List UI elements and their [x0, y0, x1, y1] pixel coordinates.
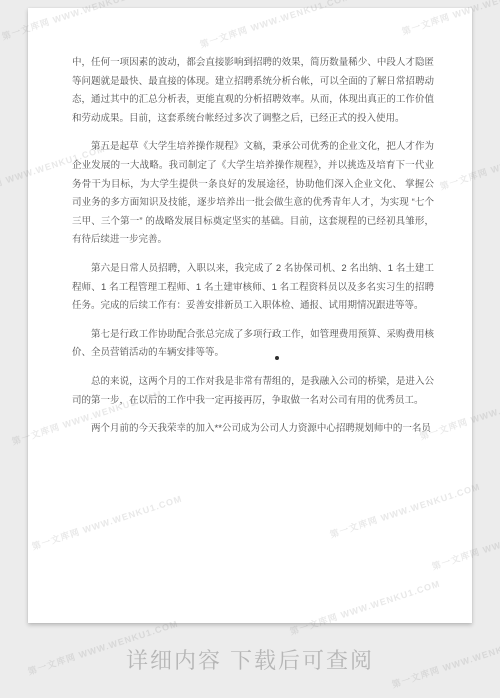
preview-canvas: 第一文库网 WWW.WENKU1.COM 第一文库网 WWW.WENKU1.CO…: [0, 0, 500, 698]
document-page: 中，任何一项因素的波动，都会直接影响到招聘的效果，简历数量稀少、中段人才隐匿等问…: [28, 8, 472, 623]
paragraph: 两个月前的今天我荣幸的加入**公司成为公司人力资源中心招聘规划师中的一名员: [72, 420, 434, 439]
paragraph: 中，任何一项因素的波动，都会直接影响到招聘的效果，简历数量稀少、中段人才隐匿等问…: [72, 54, 434, 128]
paragraph: 总的来说，这两个月的工作对我是非常有帮组的，是我融入公司的桥梁，是进入公司的第一…: [72, 373, 434, 410]
paragraph: 第七是行政工作协助配合张总完成了多项行政工作，如管理费用预算、采购费用核价、全员…: [72, 326, 434, 363]
paragraph: 第六是日常人员招聘，入职以来，我完成了 2 名协保司机、2 名出纳、1 名土建工…: [72, 260, 434, 316]
paragraph: 第五是起草《大学生培养操作规程》文稿，秉承公司优秀的企业文化，把人才作为企业发展…: [72, 138, 434, 250]
download-notice: 详细内容 下载后可查阅: [0, 644, 500, 675]
stray-dot: [275, 356, 279, 360]
document-body: 中，任何一项因素的波动，都会直接影响到招聘的效果，简历数量稀少、中段人才隐匿等问…: [72, 54, 434, 449]
